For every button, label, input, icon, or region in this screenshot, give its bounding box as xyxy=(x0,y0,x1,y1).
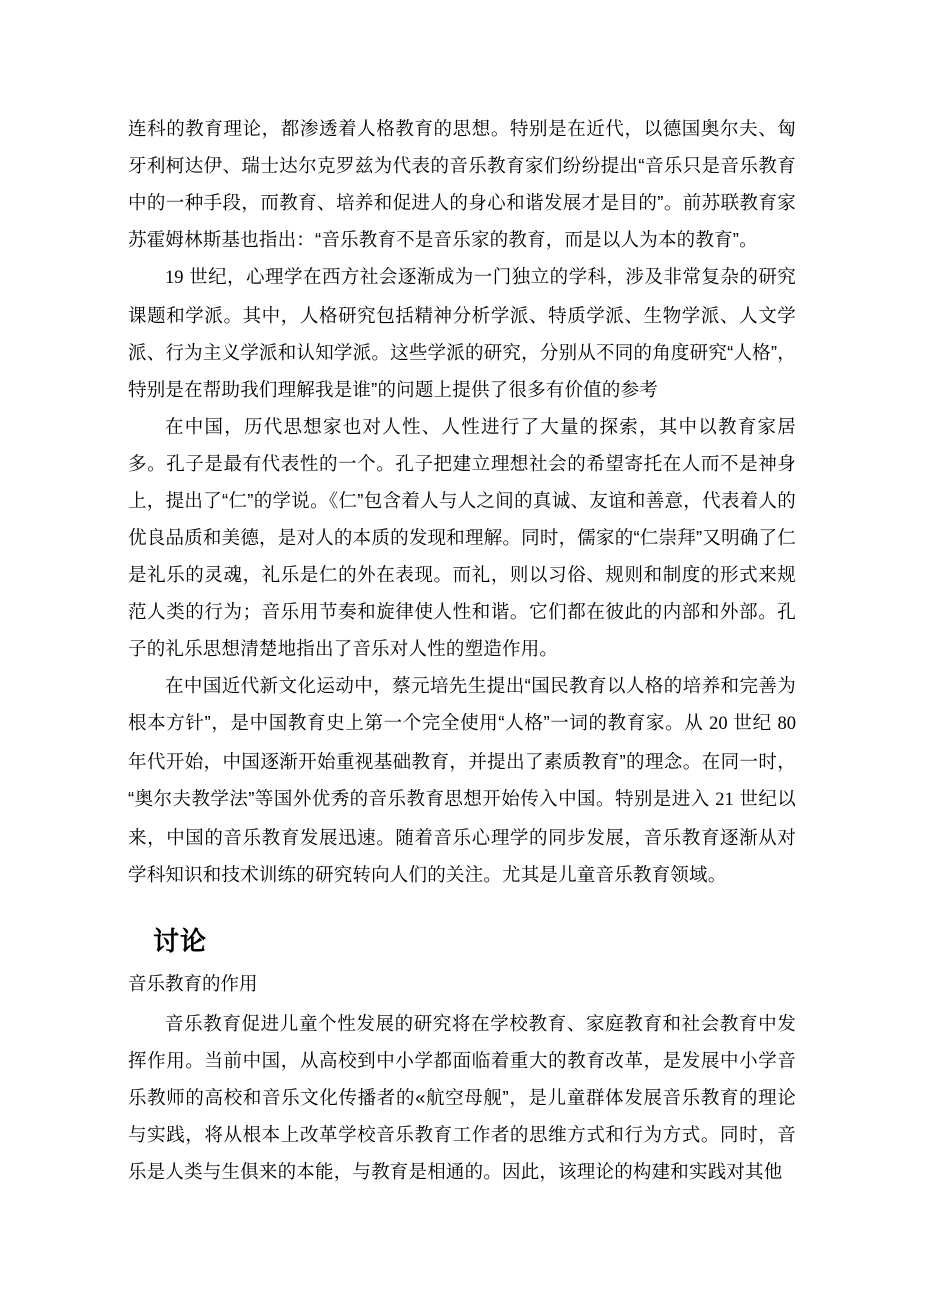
body-paragraph-2: 19 世纪，心理学在西方社会逐渐成为一门独立的学科，涉及非常复杂的研究课题和学派… xyxy=(128,258,796,408)
document-page: 连科的教育理论，都渗透着人格教育的思想。特别是在近代，以德国奥尔夫、匈牙利柯达伊… xyxy=(0,0,925,1308)
body-paragraph-1: 连科的教育理论，都渗透着人格教育的思想。特别是在近代，以德国奥尔夫、匈牙利柯达伊… xyxy=(128,110,796,258)
body-paragraph-3: 在中国，历代思想家也对人性、人性进行了大量的探索，其中以教育家居多。孔子是最有代… xyxy=(128,408,796,667)
body-paragraph-4: 在中国近代新文化运动中，蔡元培先生提出“国民教育以人格的培养和完善为根本方针”，… xyxy=(128,667,796,893)
body-paragraph-5: 音乐教育促进儿童个性发展的研究将在学校教育、家庭教育和社会教育中发挥作用。当前中… xyxy=(128,1005,796,1190)
subsection-heading-role-of-music-education: 音乐教育的作用 xyxy=(128,965,796,1002)
section-heading-discussion: 讨论 xyxy=(153,923,796,959)
